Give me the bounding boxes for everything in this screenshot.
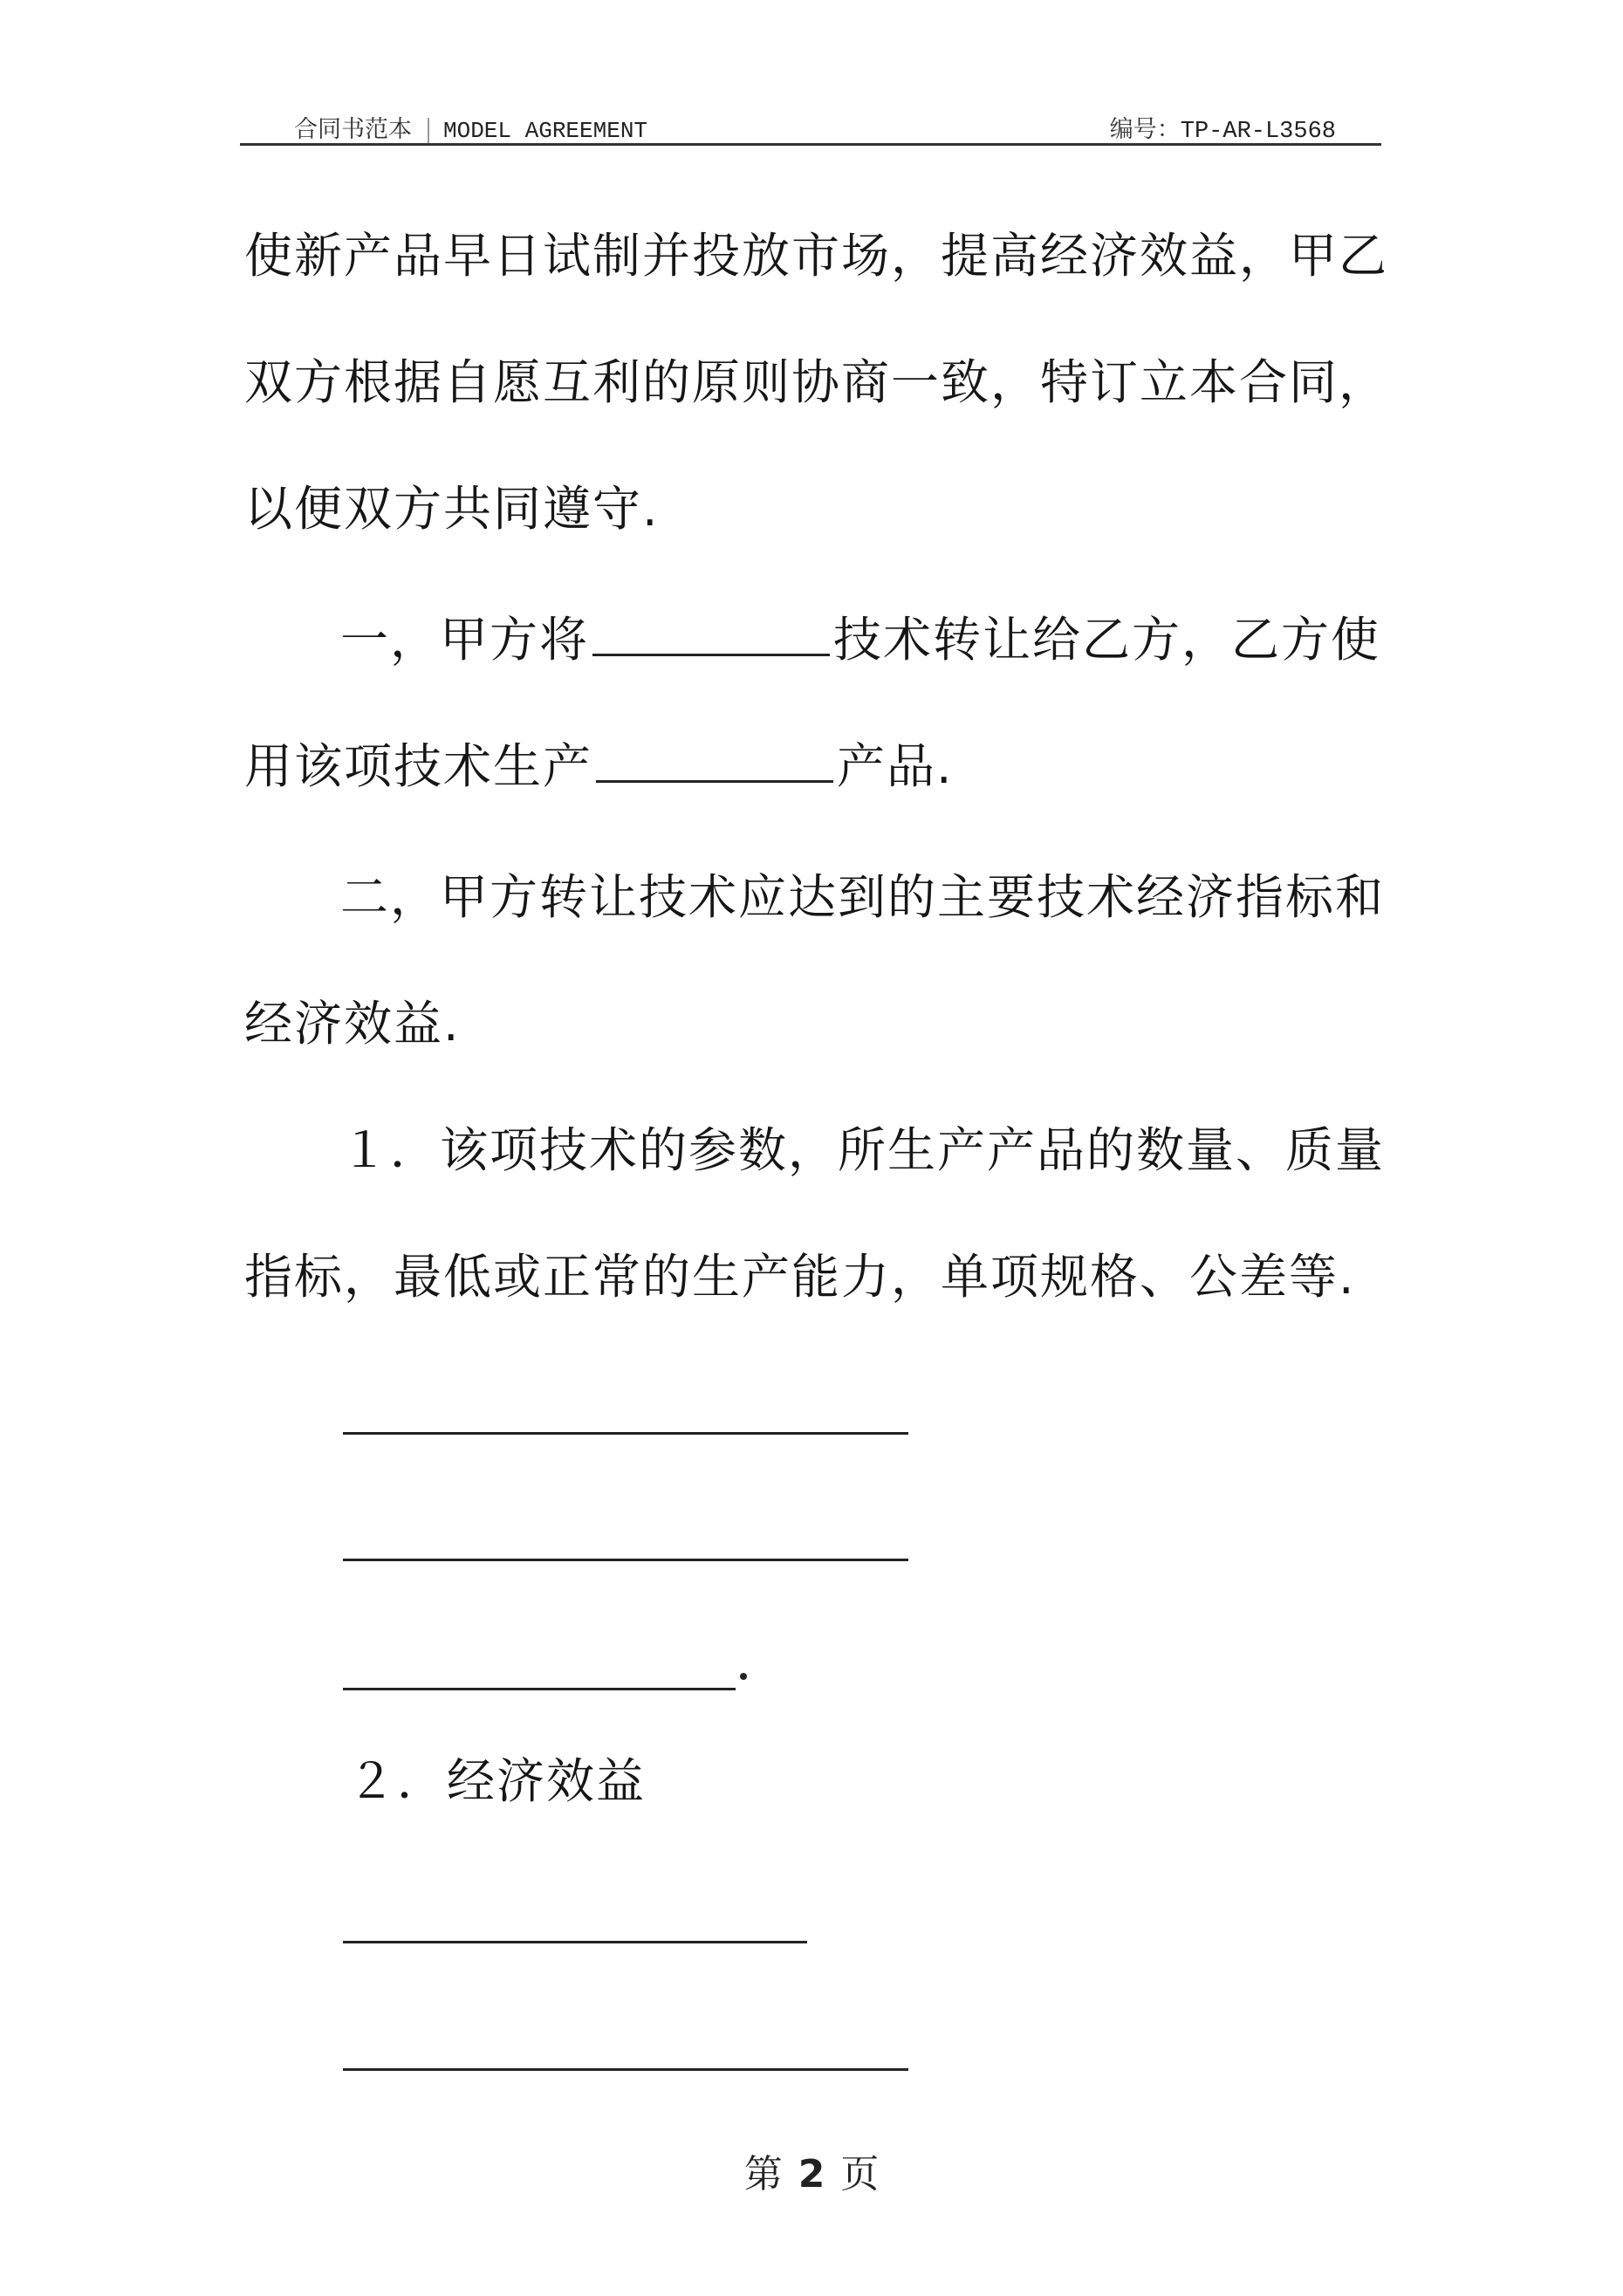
clause-1-prefix: 一，甲方将 xyxy=(340,612,589,668)
page-header: 合同书范本MODEL AGREEMENT 编号：TP-AR-L3568 xyxy=(240,103,1381,145)
paragraph-line: 使新产品早日试制并投放市场，提高经济效益，甲乙 xyxy=(244,225,1388,286)
item-1-line: １．该项技术的参数，所生产产品的数量、质量 xyxy=(340,1120,1385,1181)
clause-1-suffix-2: 产品. xyxy=(837,738,953,794)
clause-1-suffix: 技术转让给乙方，乙方使 xyxy=(833,612,1380,668)
page-footer: 第2页 xyxy=(0,2142,1623,2198)
page-number: 2 xyxy=(798,2152,825,2197)
header-title-en: MODEL AGREEMENT xyxy=(443,118,647,144)
clause-1-line: 用该项技术生产产品. xyxy=(244,736,954,797)
item-2-label: ２．经济效益 xyxy=(347,1751,646,1812)
fill-blank-line[interactable] xyxy=(343,1559,908,1561)
period-mark xyxy=(740,1673,747,1680)
clause-1-prefix-2: 用该项技术生产 xyxy=(244,738,592,794)
header-title-cn: 合同书范本 xyxy=(294,116,412,143)
fill-blank-line[interactable] xyxy=(343,1432,908,1435)
paragraph-line: 以便双方共同遵守. xyxy=(244,478,659,539)
fill-blank-line[interactable] xyxy=(343,1941,807,1943)
header-title: 合同书范本MODEL AGREEMENT xyxy=(294,110,647,144)
fill-blank-product[interactable] xyxy=(596,780,833,783)
fill-blank-technology[interactable] xyxy=(592,654,830,656)
fill-blank-line[interactable] xyxy=(343,2068,908,2071)
document-code: 编号：TP-AR-L3568 xyxy=(1110,110,1336,145)
header-divider xyxy=(240,143,1381,146)
clause-2-line: 经济效益. xyxy=(244,993,460,1054)
page-label-suffix: 页 xyxy=(840,2152,879,2197)
clause-1-line: 一，甲方将技术转让给乙方，乙方使 xyxy=(340,609,1380,670)
paragraph-line: 双方根据自愿互利的原则协商一致，特订立本合同， xyxy=(244,352,1388,413)
fill-blank-line[interactable] xyxy=(343,1688,736,1690)
page-label-prefix: 第 xyxy=(744,2152,783,2197)
header-separator xyxy=(428,118,429,144)
document-code-value: TP-AR-L3568 xyxy=(1181,119,1336,145)
item-1-line: 指标，最低或正常的生产能力，单项规格、公差等. xyxy=(244,1246,1355,1307)
clause-2-line: 二，甲方转让技术应达到的主要技术经济指标和 xyxy=(340,867,1385,928)
document-code-label: 编号： xyxy=(1110,116,1181,143)
